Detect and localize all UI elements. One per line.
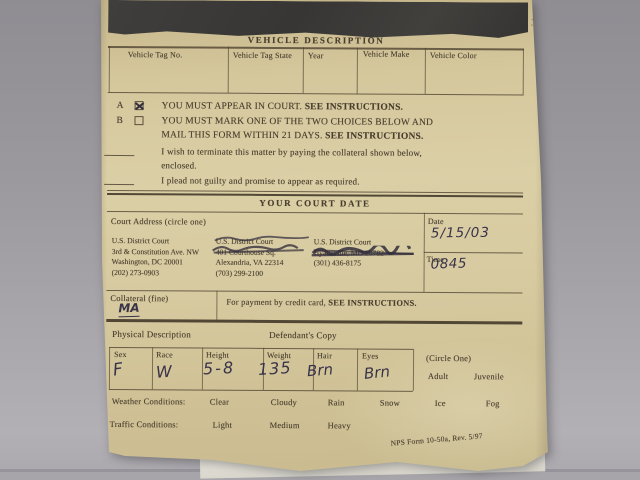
collateral-row-top-rule bbox=[106, 290, 522, 294]
edge-mark-left: ( bbox=[97, 4, 100, 15]
vehicle-description-title: VEHICLE DESCRIPTION bbox=[108, 34, 524, 47]
item-b-text-body: MAIL THIS FORM WITHIN 21 DAYS. bbox=[161, 130, 322, 141]
col-race: Race bbox=[156, 350, 173, 359]
traffic-medium: Medium bbox=[270, 420, 300, 430]
vehicle-table-right-border bbox=[523, 48, 524, 94]
date-time-divider bbox=[424, 252, 523, 254]
vehicle-table-divider-4 bbox=[425, 48, 426, 94]
court-date-title: YOUR COURT DATE bbox=[107, 197, 523, 210]
item-a-checkbox bbox=[135, 101, 144, 110]
col-vehicle-tag-state: Vehicle Tag State bbox=[233, 51, 292, 60]
weather-ice: Ice bbox=[435, 398, 446, 408]
item-a-text-body: YOU MUST APPEAR IN COURT. bbox=[162, 101, 303, 112]
pen-scribble-va-address bbox=[212, 234, 314, 261]
court-address-label: Court Address (circle one) bbox=[111, 216, 206, 227]
juvenile-option: Juvenile bbox=[474, 371, 504, 381]
edge-mark-right: 3 bbox=[531, 18, 536, 29]
defendants-copy-label: Defendant's Copy bbox=[269, 330, 337, 340]
vehicle-table-divider-3 bbox=[357, 47, 358, 93]
item-b-text-line1: YOU MUST MARK ONE OF THE TWO CHOICES BEL… bbox=[161, 116, 433, 128]
weight-handwritten: 135 bbox=[257, 358, 292, 379]
form-paper: ( 3 VEHICLE DESCRIPTION Vehicle Tag No. … bbox=[95, 0, 551, 476]
item-b-checkbox bbox=[134, 116, 143, 125]
address-dc-line3: Washington, DC 20001 bbox=[112, 257, 199, 268]
time-handwritten-value: 0845 bbox=[430, 256, 467, 273]
race-handwritten: W bbox=[155, 362, 172, 382]
phys-divider-1 bbox=[152, 347, 153, 389]
choice1-blank-line bbox=[104, 155, 134, 156]
col-sex: Sex bbox=[114, 350, 127, 359]
adult-option: Adult bbox=[428, 371, 448, 381]
sex-handwritten: F bbox=[112, 359, 124, 380]
address-va-line4: (703) 299-2100 bbox=[216, 268, 284, 279]
weather-snow: Snow bbox=[380, 398, 400, 408]
item-b-see-instructions: SEE INSTRUCTIONS. bbox=[325, 131, 423, 142]
hair-handwritten: Brn bbox=[306, 360, 333, 380]
item-b-label: B bbox=[116, 116, 123, 126]
traffic-light: Light bbox=[213, 420, 232, 430]
vehicle-table-divider-2 bbox=[303, 47, 304, 93]
vehicle-table-bottom-rule bbox=[108, 92, 524, 96]
choice1-text-line1: I wish to terminate this matter by payin… bbox=[161, 146, 422, 158]
col-vehicle-tag-no: Vehicle Tag No. bbox=[128, 50, 183, 59]
traffic-conditions-label: Traffic Conditions: bbox=[110, 419, 179, 429]
collateral-divider bbox=[216, 291, 217, 320]
col-eyes: Eyes bbox=[362, 352, 378, 361]
traffic-heavy: Heavy bbox=[328, 420, 351, 430]
payment-see-instructions: SEE INSTRUCTIONS. bbox=[328, 297, 416, 308]
court-table-top-rule bbox=[107, 211, 523, 215]
height-handwritten: 5-8 bbox=[203, 358, 236, 378]
vehicle-table-left-border bbox=[109, 46, 110, 92]
payment-note: For payment by credit card, SEE INSTRUCT… bbox=[226, 297, 416, 308]
item-a-text: YOU MUST APPEAR IN COURT. SEE INSTRUCTIO… bbox=[162, 101, 404, 112]
phys-table-bottom bbox=[109, 389, 413, 392]
address-dc-line1: U.S. District Court bbox=[112, 236, 199, 247]
col-hair: Hair bbox=[317, 351, 332, 360]
col-year: Year bbox=[308, 51, 324, 60]
pen-scribble-md-address bbox=[311, 245, 419, 260]
collateral-handwritten-value: MA bbox=[118, 301, 140, 318]
circle-one-label: (Circle One) bbox=[426, 353, 471, 363]
form-id: NPS Form 10-50a, Rev. 5/97 bbox=[390, 431, 483, 447]
phys-table-top bbox=[109, 347, 413, 350]
weather-rain: Rain bbox=[328, 397, 345, 407]
vehicle-table-divider-1 bbox=[228, 47, 229, 93]
item-b-text-line2: MAIL THIS FORM WITHIN 21 DAYS. SEE INSTR… bbox=[161, 130, 423, 142]
weather-conditions-label: Weather Conditions: bbox=[112, 396, 186, 406]
item-a-label: A bbox=[117, 101, 124, 111]
phys-table-left bbox=[109, 347, 110, 389]
address-dc-line4: (202) 273-0903 bbox=[112, 267, 199, 278]
col-vehicle-color: Vehicle Color bbox=[430, 51, 477, 60]
court-address-dc: U.S. District Court 3rd & Constitution A… bbox=[112, 236, 200, 279]
payment-note-text: For payment by credit card, bbox=[226, 297, 326, 308]
date-handwritten-value: 5/15/03 bbox=[431, 225, 490, 242]
phys-divider-5 bbox=[357, 348, 358, 390]
eyes-handwritten: Brn bbox=[363, 362, 391, 382]
weather-fog: Fog bbox=[486, 398, 500, 408]
form-content: ( 3 VEHICLE DESCRIPTION Vehicle Tag No. … bbox=[92, 0, 551, 479]
physical-description-title: Physical Description bbox=[112, 329, 191, 339]
col-vehicle-make: Vehicle Make bbox=[363, 50, 410, 59]
choice2-blank-line bbox=[104, 184, 134, 185]
choice1-text-line2: enclosed. bbox=[161, 160, 197, 170]
item-a-see-instructions: SEE INSTRUCTIONS. bbox=[305, 102, 403, 113]
address-dc-line2: 3rd & Constitution Ave. NW bbox=[112, 246, 199, 257]
weather-cloudy: Cloudy bbox=[271, 397, 297, 407]
weather-clear: Clear bbox=[210, 397, 229, 407]
address-md-line4: (301) 436-8175 bbox=[314, 258, 384, 269]
court-section-bottom-rule bbox=[106, 319, 522, 324]
choice2-text: I plead not guilty and promise to appear… bbox=[161, 175, 360, 186]
phys-table-right bbox=[413, 349, 414, 391]
